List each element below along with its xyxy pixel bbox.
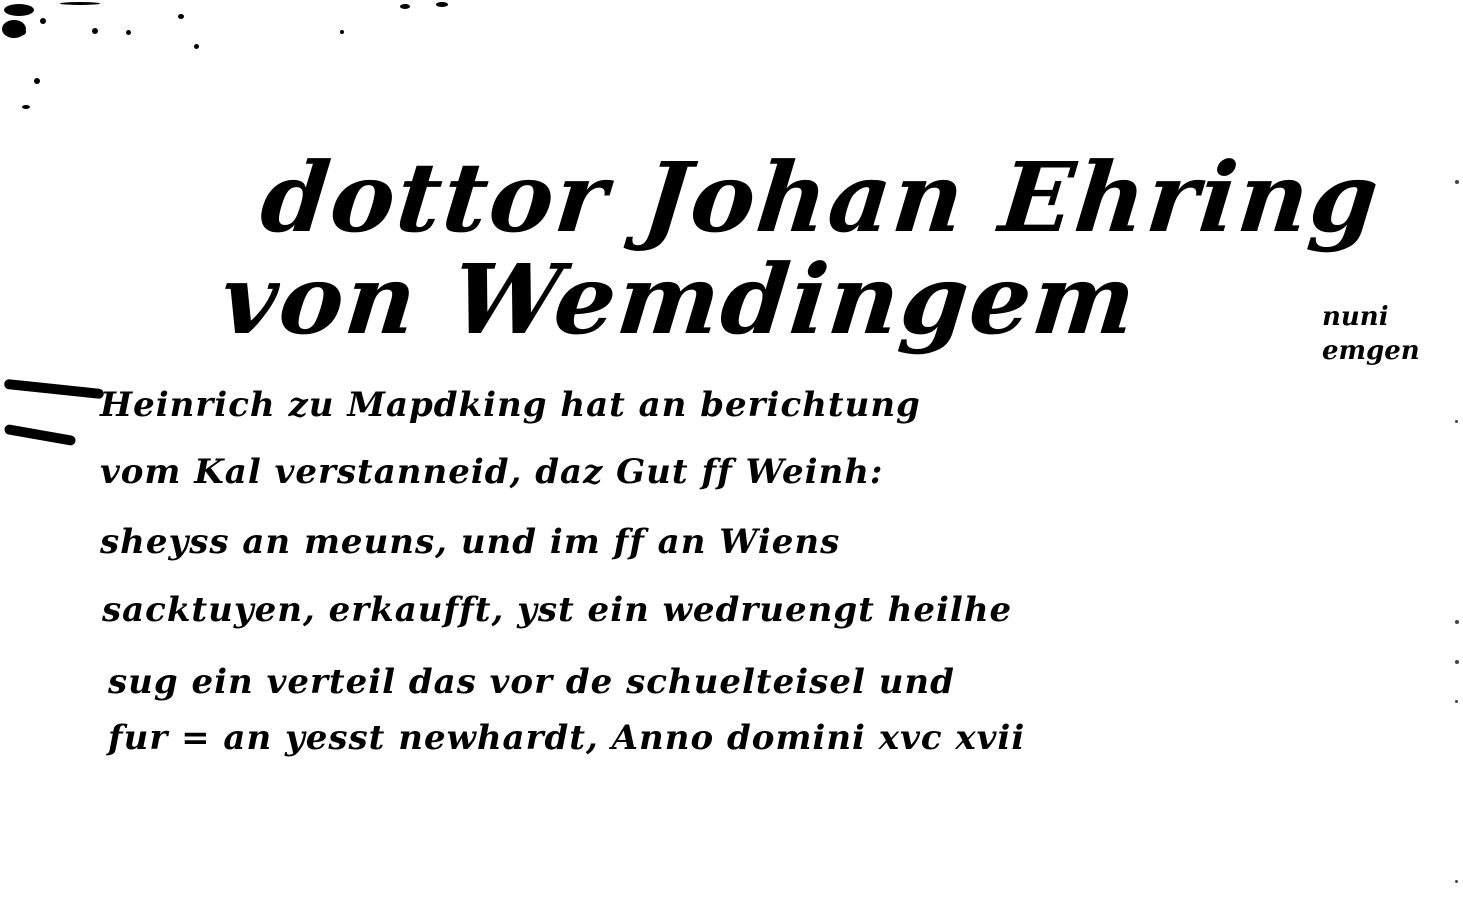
body-line: vom Kal verstanneid, daz Gut ff Weinh: xyxy=(100,452,883,492)
margin-note: nuni emgen xyxy=(1322,300,1420,368)
body-line: sug ein verteil das vor de schuelteisel … xyxy=(108,662,955,702)
body-line: sacktuyen, erkaufft, yst ein wedruengt h… xyxy=(102,590,1012,630)
margin-note-line-1: nuni xyxy=(1322,300,1420,334)
title-line-1: dottor Johan Ehring xyxy=(257,150,1385,246)
body-line: fur = an yesst newhardt, Anno domini xvc… xyxy=(108,718,1025,758)
body-line: Heinrich zu Mapdking hat an berichtung xyxy=(100,385,921,425)
title-line-2: von Wemdingem xyxy=(217,252,1142,348)
body-line: sheyss an meuns, und im ff an Wiens xyxy=(100,522,840,562)
scan-noise-top-left xyxy=(0,0,420,120)
margin-dash-mark xyxy=(4,424,77,446)
margin-note-line-2: emgen xyxy=(1322,334,1420,368)
margin-dash-mark xyxy=(4,379,104,399)
scan-noise-right-edge xyxy=(1453,0,1463,905)
